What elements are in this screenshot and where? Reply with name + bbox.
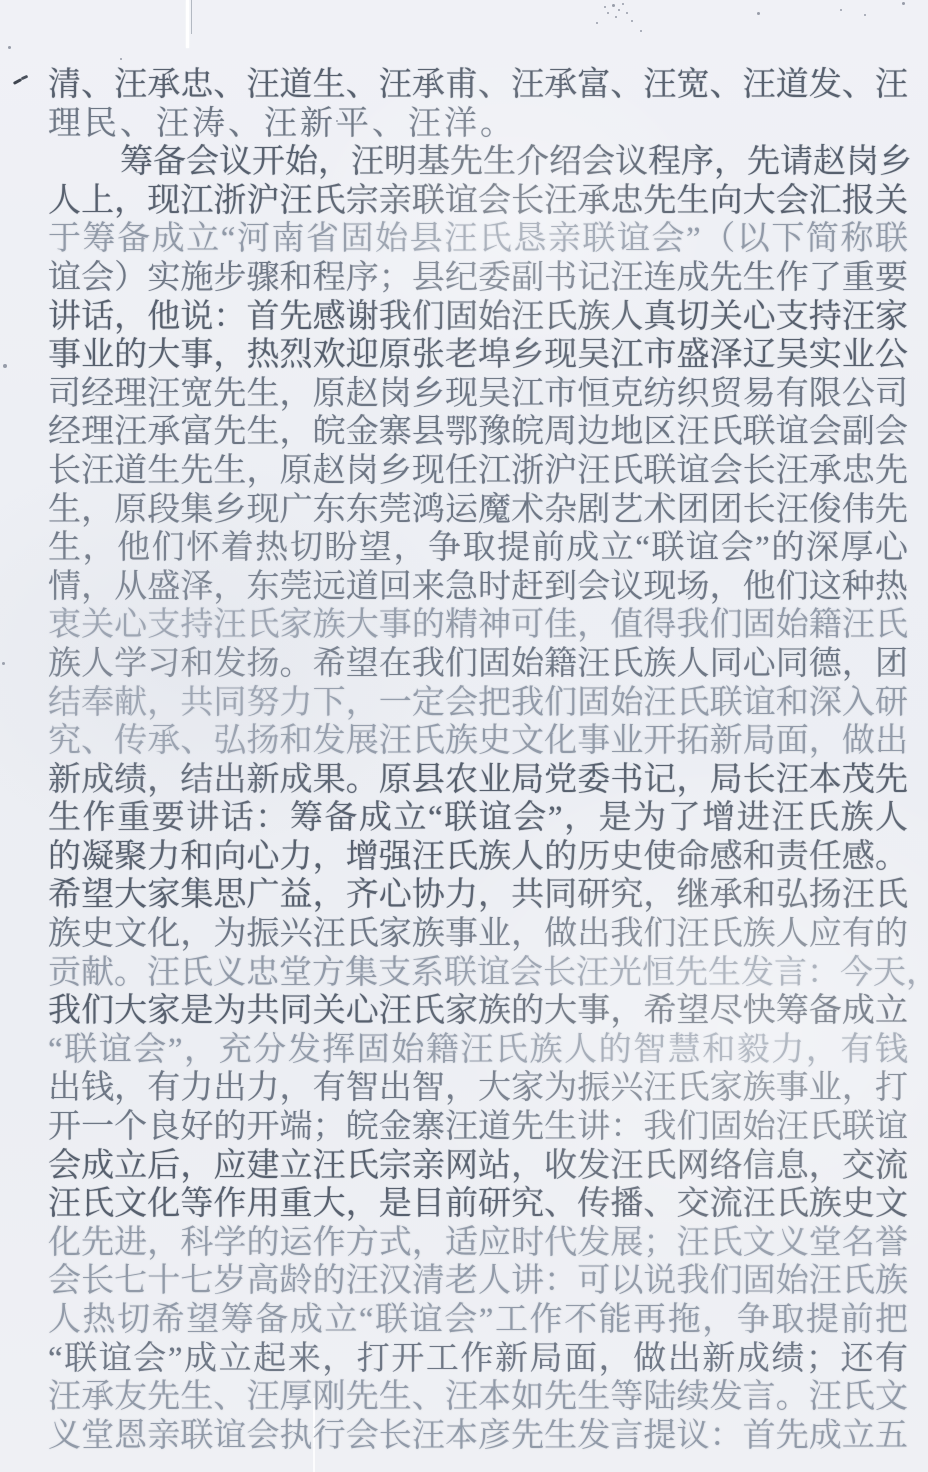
text-line: 经理汪承富先生，皖金寨县鄂豫皖周边地区汪氏联谊会副会 xyxy=(48,405,908,444)
ink-speck xyxy=(864,14,866,16)
ink-speck xyxy=(840,9,842,11)
text-line: 会长七十七岁高龄的汪汉清老人讲：可以说我们固始汪氏族 xyxy=(48,1254,908,1293)
text-line: 汪承友先生、汪厚刚先生、汪本如先生等陆续发言。汪氏文 xyxy=(48,1370,908,1409)
text-line: 希望大家集思广益，齐心协力，共同研究，继承和弘扬汪氏 xyxy=(48,868,908,907)
ink-speck xyxy=(612,4,615,7)
ink-speck xyxy=(8,46,11,49)
ink-speck xyxy=(622,3,624,5)
text-line: 生作重要讲话：筹备成立“联谊会”，是为了增进汪氏族人 xyxy=(48,791,908,830)
text-line: 义堂恩亲联谊会执行会长汪本彦先生发言提议：首先成立五 xyxy=(48,1409,908,1448)
text-line: 会成立后，应建立汪氏宗亲网站，收发汪氏网络信息，交流 xyxy=(48,1139,908,1178)
text-line: 汪氏文化等作用重大，是目前研究、传播、交流汪氏族史文 xyxy=(48,1177,908,1216)
scan-crease-top-shadow xyxy=(191,0,192,34)
ink-speck xyxy=(618,9,620,11)
ink-speck xyxy=(626,12,628,14)
text-line: 出钱，有力出力，有智出智，大家为振兴汪氏家族事业，打 xyxy=(48,1061,908,1100)
ink-speck xyxy=(3,364,7,368)
scanned-document-page: 清、汪承忠、汪道生、汪承甫、汪承富、汪宽、汪道发、汪理民、汪涛、汪新平、汪洋。筹… xyxy=(0,0,928,1472)
text-line: 于筹备成立“河南省固始县汪氏恳亲联谊会”（以下简称联 xyxy=(48,212,908,251)
scan-crease-top-highlight xyxy=(186,0,189,48)
text-line: 族史文化，为振兴汪氏家族事业，做出我们汪氏族人应有的 xyxy=(48,907,908,946)
ink-speck xyxy=(615,16,617,18)
text-line: 讲话，他说：首先感谢我们固始汪氏族人真切关心支持汪家 xyxy=(48,290,908,329)
text-line: 的凝聚力和向心力，增强汪氏族人的历史使命感和责任感。 xyxy=(48,830,908,869)
ink-speck xyxy=(902,2,905,5)
text-line: 谊会）实施步骤和程序；县纪委副书记汪连成先生作了重要 xyxy=(48,251,908,290)
ink-speck xyxy=(757,12,760,15)
text-line: 衷关心支持汪氏家族大事的精神可佳，值得我们固始籍汪氏 xyxy=(48,598,908,637)
text-line: 族人学习和发扬。希望在我们固始籍汪氏族人同心同德，团 xyxy=(48,637,908,676)
text-line: 人上，现江浙沪汪氏宗亲联谊会长汪承忠先生向大会汇报关 xyxy=(48,174,908,213)
ink-speck xyxy=(640,30,642,32)
text-line: 生，他们怀着热切盼望，争取提前成立“联谊会”的深厚心 xyxy=(48,521,908,560)
text-line: 筹备会议开始，汪明基先生介绍会议程序，先请赵岗乡 xyxy=(48,135,908,174)
ink-speck xyxy=(631,20,633,22)
text-line: 新成绩，结出新成果。原县农业局党委书记，局长汪本茂先 xyxy=(48,753,908,792)
margin-pen-mark xyxy=(13,78,22,85)
text-line: 生，原段集乡现广东东莞鸿运魔术杂剧艺术团团长汪俊伟先 xyxy=(48,483,908,522)
text-line: 清、汪承忠、汪道生、汪承甫、汪承富、汪宽、汪道发、汪 xyxy=(48,58,908,97)
ink-speck xyxy=(2,662,5,665)
text-line: 司经理汪宽先生，原赵岗乡现吴江市恒克纺织贸易有限公司 xyxy=(48,367,908,406)
text-line: 情，从盛泽，东莞远道回来急时赶到会议现场，他们这种热 xyxy=(48,560,908,599)
document-text-block: 清、汪承忠、汪道生、汪承甫、汪承富、汪宽、汪道发、汪理民、汪涛、汪新平、汪洋。筹… xyxy=(48,58,908,1447)
text-line: 究、传承、弘扬和发展汪氏族史文化事业开拓新局面，做出 xyxy=(48,714,908,753)
margin-pen-mark xyxy=(21,75,29,81)
text-line: 我们大家是为共同关心汪氏家族的大事，希望尽快筹备成立 xyxy=(48,984,908,1023)
ink-speck xyxy=(596,22,598,24)
ink-speck xyxy=(604,6,606,8)
ink-speck xyxy=(607,12,609,14)
text-line: 长汪道生先生，原赵岗乡现任江浙沪汪氏联谊会长汪承忠先 xyxy=(48,444,908,483)
text-line: 化先进，科学的运作方式，适应时代发展；汪氏文义堂名誉 xyxy=(48,1216,908,1255)
text-line: 事业的大事，热烈欢迎原张老埠乡现吴江市盛泽辽吴实业公 xyxy=(48,328,908,367)
text-line: 结奉献，共同努力下，一定会把我们固始汪氏联谊和深入研 xyxy=(48,676,908,715)
text-line: 开一个良好的开端；皖金寨汪道先生讲：我们固始汪氏联谊 xyxy=(48,1100,908,1139)
text-line: 贡献。汪氏义忠堂方集支系联谊会长汪光恒先生发言：今天， xyxy=(48,946,908,985)
